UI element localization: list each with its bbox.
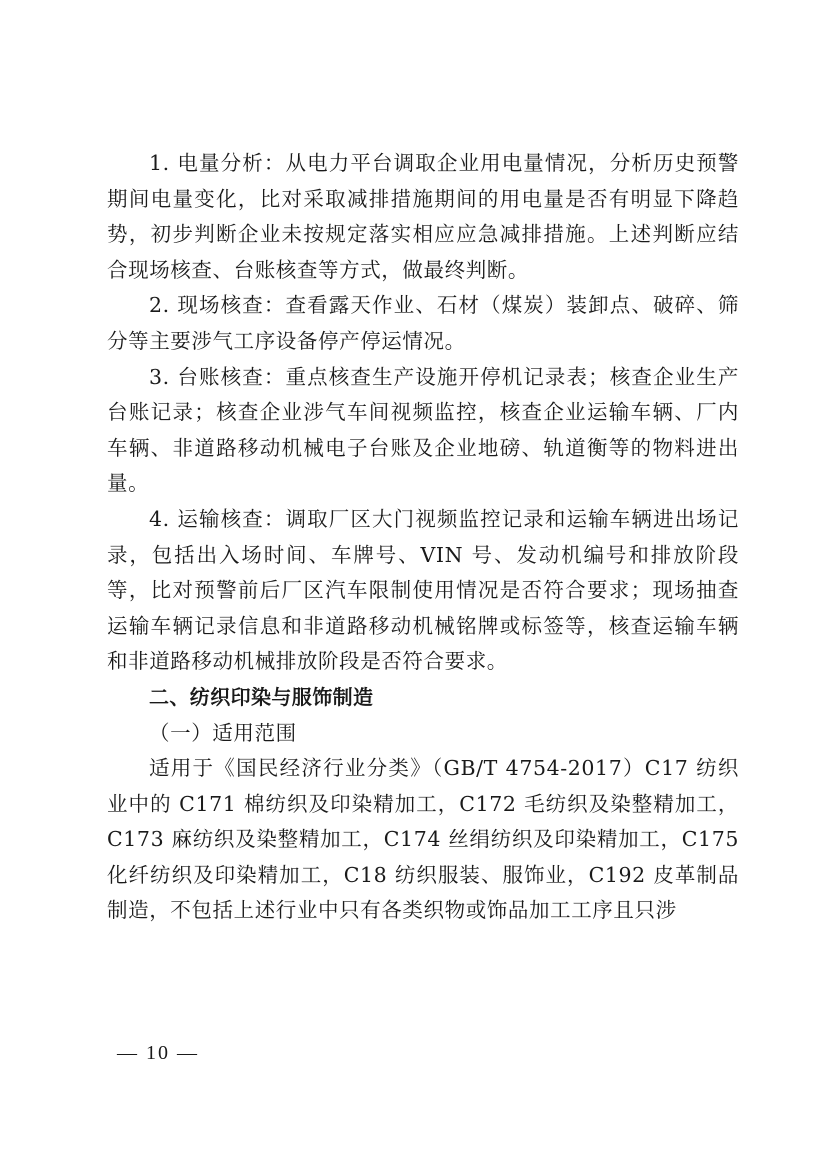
paragraph-scope: 适用于《国民经济行业分类》（GB/T 4754-2017）C17 纺织业中的 C… — [107, 751, 739, 929]
section-heading-textile: 二、纺织印染与服饰制造 — [107, 680, 739, 716]
document-page: 1. 电量分析：从电力平台调取企业用电量情况，分析历史预警期间电量变化，比对采取… — [0, 0, 826, 1169]
paragraph-ledger-inspection: 3. 台账核查：重点核查生产设施开停机记录表；核查企业生产台账记录；核查企业涉气… — [107, 360, 739, 502]
paragraph-transport-inspection: 4. 运输核查：调取厂区大门视频监控记录和运输车辆进出场记录，包括出入场时间、车… — [107, 502, 739, 680]
page-number: — 10 — — [117, 1042, 199, 1065]
paragraph-electricity-analysis: 1. 电量分析：从电力平台调取企业用电量情况，分析历史预警期间电量变化，比对采取… — [107, 146, 739, 288]
body-text: 1. 电量分析：从电力平台调取企业用电量情况，分析历史预警期间电量变化，比对采取… — [107, 146, 739, 929]
paragraph-onsite-inspection: 2. 现场核查：查看露天作业、石材（煤炭）装卸点、破碎、筛分等主要涉气工序设备停… — [107, 288, 739, 359]
subsection-heading-scope: （一）适用范围 — [107, 716, 739, 752]
